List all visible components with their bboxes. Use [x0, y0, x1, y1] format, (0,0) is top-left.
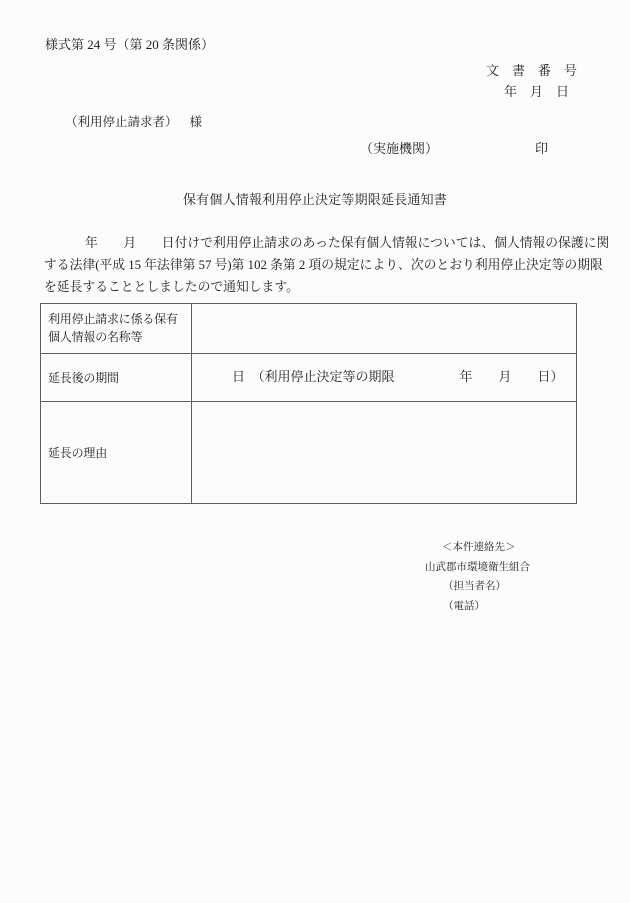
- issuer-agency: （実施機関）: [360, 141, 438, 156]
- table-row-extension-reason: 延長の理由: [41, 402, 577, 504]
- extension-table: 利用停止請求に係る保有 個人情報の名称等 延長後の期間 日 （利用停止決定等の期…: [40, 303, 577, 504]
- body-line: する法律(平成 15 年法律第 57 号)第 102 条第 2 項の規定により、…: [44, 254, 584, 276]
- document-title: 保有個人情報利用停止決定等期限延長通知書: [0, 193, 630, 208]
- table-label-line: 利用停止請求に係る保有: [48, 310, 188, 328]
- contact-person: （担当者名）: [443, 577, 630, 597]
- table-row-extended-period: 延長後の期間 日 （利用停止決定等の期限 年 月 日）: [41, 354, 577, 402]
- recipient-honorific: 様: [190, 115, 203, 129]
- body-line: 年 月 日付けで利用停止請求のあった保有個人情報については、個人情報の保護に関: [44, 232, 584, 254]
- body-paragraph: 年 月 日付けで利用停止請求のあった保有個人情報については、個人情報の保護に関 …: [44, 232, 584, 298]
- table-label-extension-reason: 延長の理由: [41, 402, 192, 504]
- seal-mark: 印: [535, 141, 548, 156]
- date-placeholder: 年 月 日: [0, 81, 577, 102]
- contact-phone: （電話）: [443, 597, 630, 617]
- header-right-block: 文 書 番 号 年 月 日: [0, 60, 577, 102]
- form-number: 様式第 24 号（第 20 条関係）: [45, 0, 630, 53]
- table-value-extended-period: 日 （利用停止決定等の期限 年 月 日）: [192, 354, 577, 402]
- table-value-extension-reason: [192, 402, 577, 504]
- table-row-personal-info-name: 利用停止請求に係る保有 個人情報の名称等: [41, 304, 577, 354]
- contact-heading: ＜本件連絡先＞: [442, 538, 630, 558]
- contact-organization: 山武郡市環境衛生組合: [425, 558, 630, 578]
- table-label-personal-info-name: 利用停止請求に係る保有 個人情報の名称等: [41, 304, 192, 354]
- table-label-extended-period: 延長後の期間: [41, 354, 192, 402]
- recipient-label: （利用停止請求者）: [65, 115, 178, 129]
- issuer-line: （実施機関）印: [0, 142, 630, 157]
- document-page: 様式第 24 号（第 20 条関係） 文 書 番 号 年 月 日 （利用停止請求…: [0, 0, 630, 903]
- contact-block: ＜本件連絡先＞ 山武郡市環境衛生組合 （担当者名） （電話）: [425, 538, 630, 616]
- recipient-line: （利用停止請求者）様: [65, 115, 630, 129]
- body-line: を延長することとしましたので通知します。: [44, 276, 584, 298]
- doc-number-placeholder: 文 書 番 号: [0, 60, 577, 81]
- table-value-personal-info-name: [192, 304, 577, 354]
- table-label-line: 個人情報の名称等: [48, 328, 188, 346]
